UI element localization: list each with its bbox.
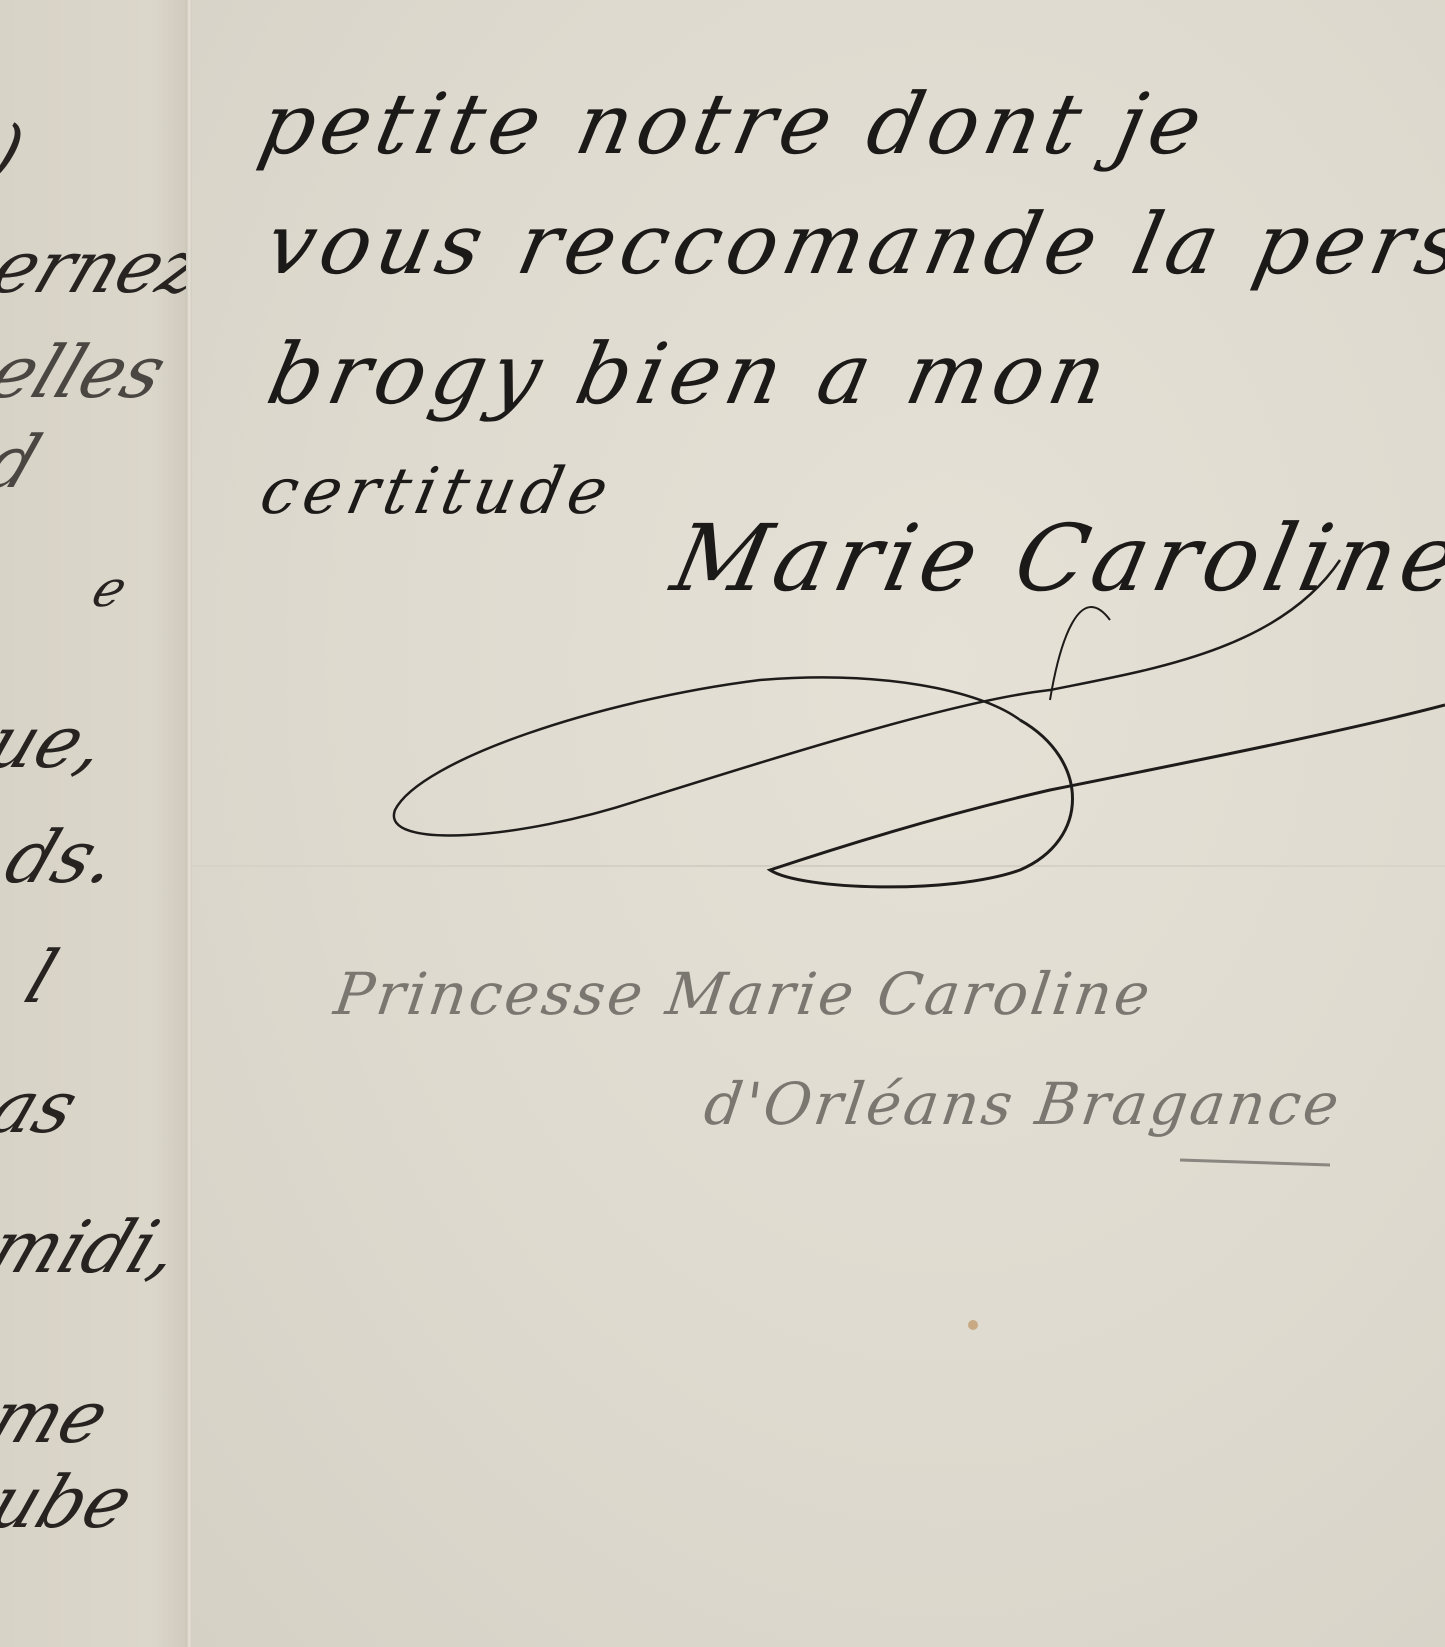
left-fragment: as	[0, 1065, 89, 1149]
left-fragment: me	[0, 1375, 120, 1459]
paper-fold	[192, 865, 1445, 867]
letter-line-4: certitude	[254, 455, 620, 529]
signature: Marie Caroline	[664, 505, 1445, 612]
ink-spot	[968, 1320, 978, 1330]
letter-line-1: petite notre dont je	[252, 75, 1217, 173]
left-fragment: )	[0, 110, 35, 194]
left-fragment: l	[15, 935, 69, 1019]
left-fragment: d	[0, 420, 51, 504]
left-fragment: elles	[0, 330, 178, 414]
left-fragment: ube	[0, 1460, 144, 1544]
pencil-annotation-line-2: d'Orléans Bragance	[700, 1070, 1346, 1138]
left-fragment: ds.	[0, 815, 131, 899]
left-fragment: midi,	[0, 1205, 190, 1289]
left-fragment: ernez-	[0, 225, 190, 309]
pencil-annotation-line-1: Princesse Marie Caroline	[330, 960, 1157, 1028]
left-fragment: e	[84, 560, 135, 618]
letter-line-2: vous reccomande la personne	[258, 195, 1445, 293]
left-fragment: ue,	[0, 700, 119, 784]
letter-line-3: brogy bien a mon	[260, 325, 1122, 423]
left-page: ) ernez- elles d e ue, ds. l as midi, me…	[0, 0, 190, 1647]
